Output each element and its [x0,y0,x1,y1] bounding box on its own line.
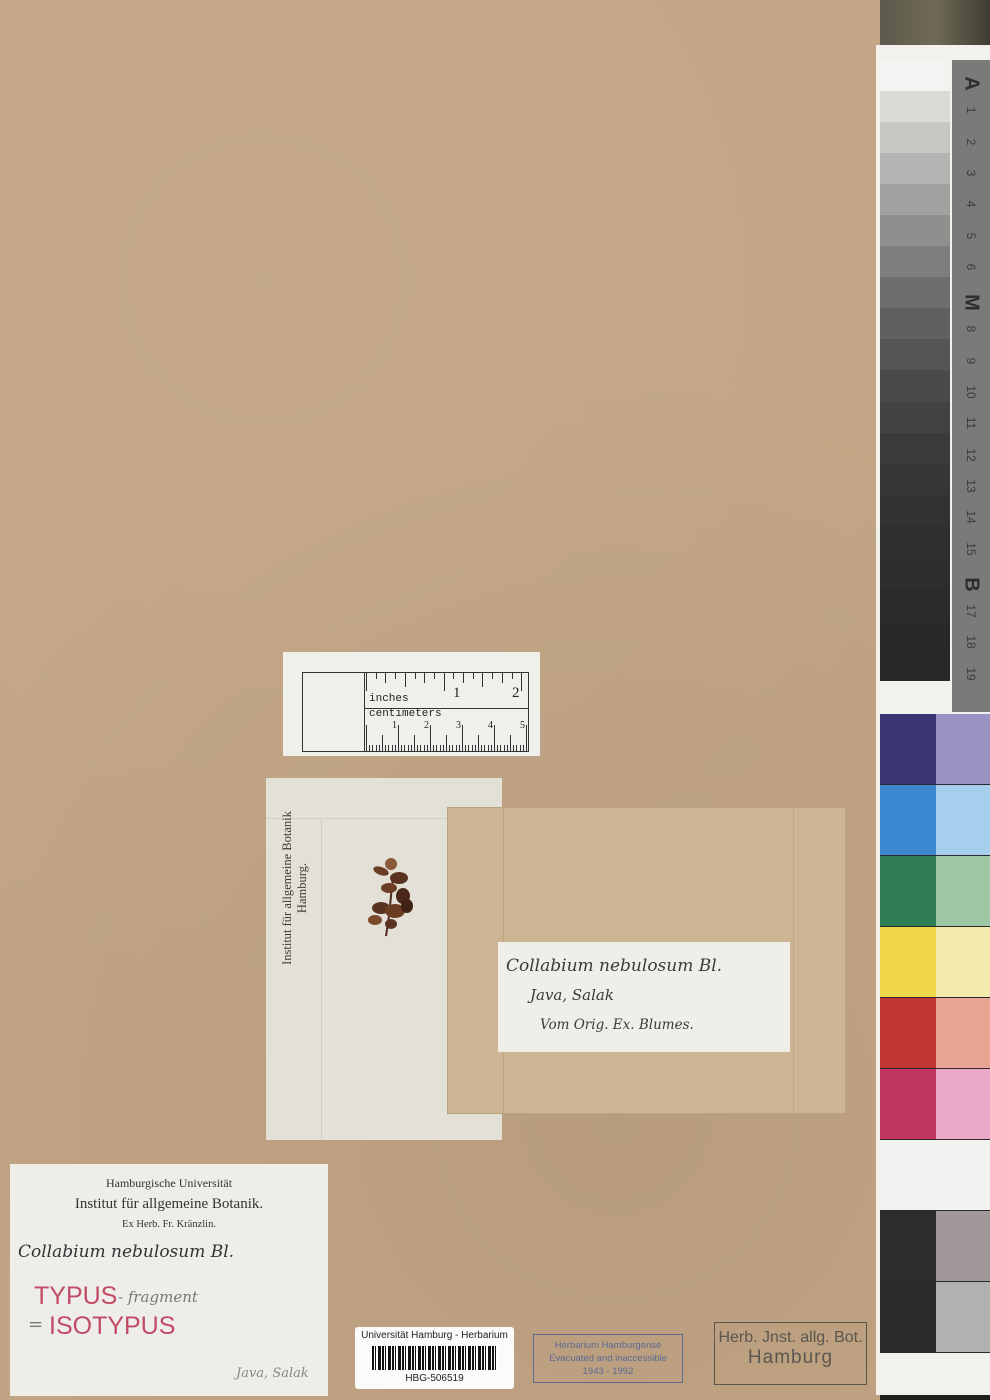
isotypus-stamp: ISOTYPUS [49,1312,175,1341]
ruler-tick [526,725,527,751]
ruler-tick [405,673,406,687]
ruler-tick [484,745,485,751]
ruler-blank-area [303,673,365,751]
background-surface [880,0,990,45]
original-label-note: Vom Orig. Ex. Blumes. [540,1017,694,1033]
ruler-tick [379,745,380,751]
ruler-tick [369,745,370,751]
label-taxon-name: Collabium nebulosum Bl. [18,1242,234,1262]
gray-scale-label: A [960,69,983,99]
gray-patch [880,370,950,401]
ruler-tick [414,735,415,751]
ruler-tick [504,745,505,751]
ruler-tick [523,745,524,751]
ruler-tick [440,745,441,751]
gray-scale-label: 14 [964,502,978,532]
ruler-tick [388,745,389,751]
ruler-tick [434,673,435,679]
gray-scale-label: 10 [964,377,978,407]
ruler-tick [444,673,445,691]
centimeters-label: centimeters [369,708,442,720]
color-patch [880,856,936,926]
gray-patch [880,526,950,557]
herbarium-label: Hamburgische Universität Institut für al… [10,1164,328,1396]
gray-patch [880,650,950,681]
ruler-tick [395,745,396,751]
ruler-tick [456,745,457,751]
ruler-tick [401,745,402,751]
gray-scale-label: 6 [964,252,978,282]
ruler-tick [411,745,412,751]
ruler-tick [494,725,495,751]
ruler-tick [472,745,473,751]
gray-patch [880,91,950,122]
gray-patch [880,308,950,339]
ruler-tick [507,745,508,751]
cm-number: 4 [488,720,493,731]
ruler-tick [376,745,377,751]
color-patch [880,785,936,855]
gray-patch [880,557,950,588]
ruler-tick [404,745,405,751]
gray-scale-strip [880,60,950,712]
gray-scale-label: 3 [964,158,978,188]
original-label-taxon: Collabium nebulosum Bl. [506,956,722,976]
color-patch-row [880,998,990,1069]
ruler-tick [500,745,501,751]
ruler-tick [417,745,418,751]
gray-scale-label: 8 [964,314,978,344]
gray-patch [880,215,950,246]
label-university: Hamburgische Universität [10,1176,328,1191]
ruler-tick [420,745,421,751]
color-patch [936,998,990,1068]
color-patch [936,1282,990,1352]
ruler-tick [449,745,450,751]
barcode [372,1346,498,1370]
gray-scale-label: 17 [964,596,978,626]
ruler-tick [436,745,437,751]
ruler-tick [366,725,367,751]
color-patch [936,714,990,784]
ruler-tick [382,735,383,751]
gray-patch [880,495,950,526]
color-patch [936,1069,990,1139]
gray-scale-label: B [960,569,983,599]
gray-patch [880,619,950,650]
ruler-tick [395,673,396,679]
gray-patch [880,277,950,308]
ruler-tick [408,745,409,751]
ruler-tick [385,673,386,683]
ruler-tick [465,745,466,751]
ruler-tick [446,735,447,751]
color-patch-row [880,927,990,998]
institute-stamp: Herb. Jnst. allg. Bot. Hamburg [714,1322,867,1385]
ruler-tick [452,745,453,751]
inch-number: 2 [512,685,520,702]
label-institute: Institut für allgemeine Botanik. [10,1196,328,1213]
ruler-tick [478,735,479,751]
ruler-tick [491,745,492,751]
color-patches [880,714,990,1353]
color-patch-row [880,1282,990,1353]
cm-number: 3 [456,720,461,731]
ruler-tick [415,673,416,679]
color-patch [880,1069,936,1139]
gray-patch [880,402,950,433]
ruler-tick [520,745,521,751]
ruler-tick [392,745,393,751]
packet-printed-text: Institut für allgemeine Botanik Hamburg. [280,808,310,968]
original-label-locality: Java, Salak [530,986,614,1004]
ruler-tick [424,673,425,683]
ruler-tick [459,745,460,751]
ruler-tick [516,745,517,751]
ruler-tick [463,673,464,683]
label-herbarium-source: Ex Herb. Fr. Kränzlin. [10,1219,328,1230]
gray-scale-label: 13 [964,471,978,501]
gray-scale-label: 4 [964,189,978,219]
ruler-tick [502,673,503,683]
gray-scale-label: 11 [964,408,978,438]
scale-ruler: inches centimeters 1 2 1 2 3 4 5 [283,652,540,756]
gray-patch [880,184,950,215]
color-patch [880,714,936,784]
ruler-tick [366,673,367,691]
cm-number: 1 [392,720,397,731]
ruler-tick [492,673,493,679]
plant-specimen [361,856,421,941]
ruler-tick [510,735,511,751]
ruler-box: inches centimeters 1 2 1 2 3 4 5 [302,672,529,752]
color-patch [880,998,936,1068]
gray-patch [880,339,950,370]
ruler-tick [475,745,476,751]
ruler-tick [427,745,428,751]
gray-scale-label: 5 [964,221,978,251]
ruler-tick [482,673,483,687]
evacuation-stamp: Herbarium Hamburgense Evacuated and inac… [533,1334,683,1383]
ruler-tick [398,725,399,751]
inches-label: inches [369,693,409,705]
envelope-fold [793,808,794,1113]
color-patch-row [880,714,990,785]
color-patch [880,1211,936,1281]
gray-scale-label: 19 [964,659,978,689]
color-patch [936,785,990,855]
ruler-tick [424,745,425,751]
barcode-id: HBG-506519 [355,1373,514,1384]
gray-patch [880,588,950,619]
gray-scale-label: 15 [964,534,978,564]
color-patch-row [880,856,990,927]
gray-patch [880,433,950,464]
ruler-tick [521,673,522,691]
gray-patch [880,153,950,184]
gray-scale-label: 2 [964,127,978,157]
locality-annotation: Java, Salak [236,1366,309,1381]
color-patch [880,1140,936,1210]
ruler-tick [473,673,474,679]
barcode-title: Universität Hamburg - Herbarium [355,1330,514,1341]
gray-scale-label: 18 [964,627,978,657]
gray-patch [880,60,950,91]
ruler-tick [497,745,498,751]
ruler-tick [512,673,513,679]
ruler-tick [453,673,454,679]
fragment-annotation: - fragment [118,1288,198,1306]
ruler-tick [462,725,463,751]
ruler-tick [385,745,386,751]
color-patch-row [880,785,990,856]
gray-scale-label: 12 [964,440,978,470]
color-patch-row [880,1069,990,1140]
ruler-tick [430,725,431,751]
packet-fold [321,818,322,1140]
typus-stamp: TYPUS [34,1282,117,1311]
color-patch [936,927,990,997]
color-patch [936,1140,990,1210]
gray-scale-labels: A123456M89101112131415B171819 [952,60,990,712]
ruler-tick [372,745,373,751]
ruler-tick [443,745,444,751]
gray-scale-label: 9 [964,346,978,376]
original-label: Collabium nebulosum Bl. Java, Salak Vom … [498,942,790,1052]
gray-patch [880,122,950,153]
ruler-tick [433,745,434,751]
barcode-label: Universität Hamburg - Herbarium HBG-5065… [355,1327,514,1389]
gray-patch [880,464,950,495]
color-patch [880,1282,936,1352]
color-patch [936,856,990,926]
ruler-tick [513,745,514,751]
color-patch [880,927,936,997]
color-patch [936,1211,990,1281]
color-patch-row [880,1211,990,1282]
ruler-tick [376,673,377,679]
inch-number: 1 [453,685,461,702]
cm-number: 2 [424,720,429,731]
ruler-tick [468,745,469,751]
gray-scale-label: 1 [964,95,978,125]
ruler-tick [481,745,482,751]
color-patch-row [880,1140,990,1211]
cm-number: 5 [520,720,525,731]
ruler-tick [488,745,489,751]
gray-patch [880,246,950,277]
equals-annotation: = [28,1314,43,1335]
